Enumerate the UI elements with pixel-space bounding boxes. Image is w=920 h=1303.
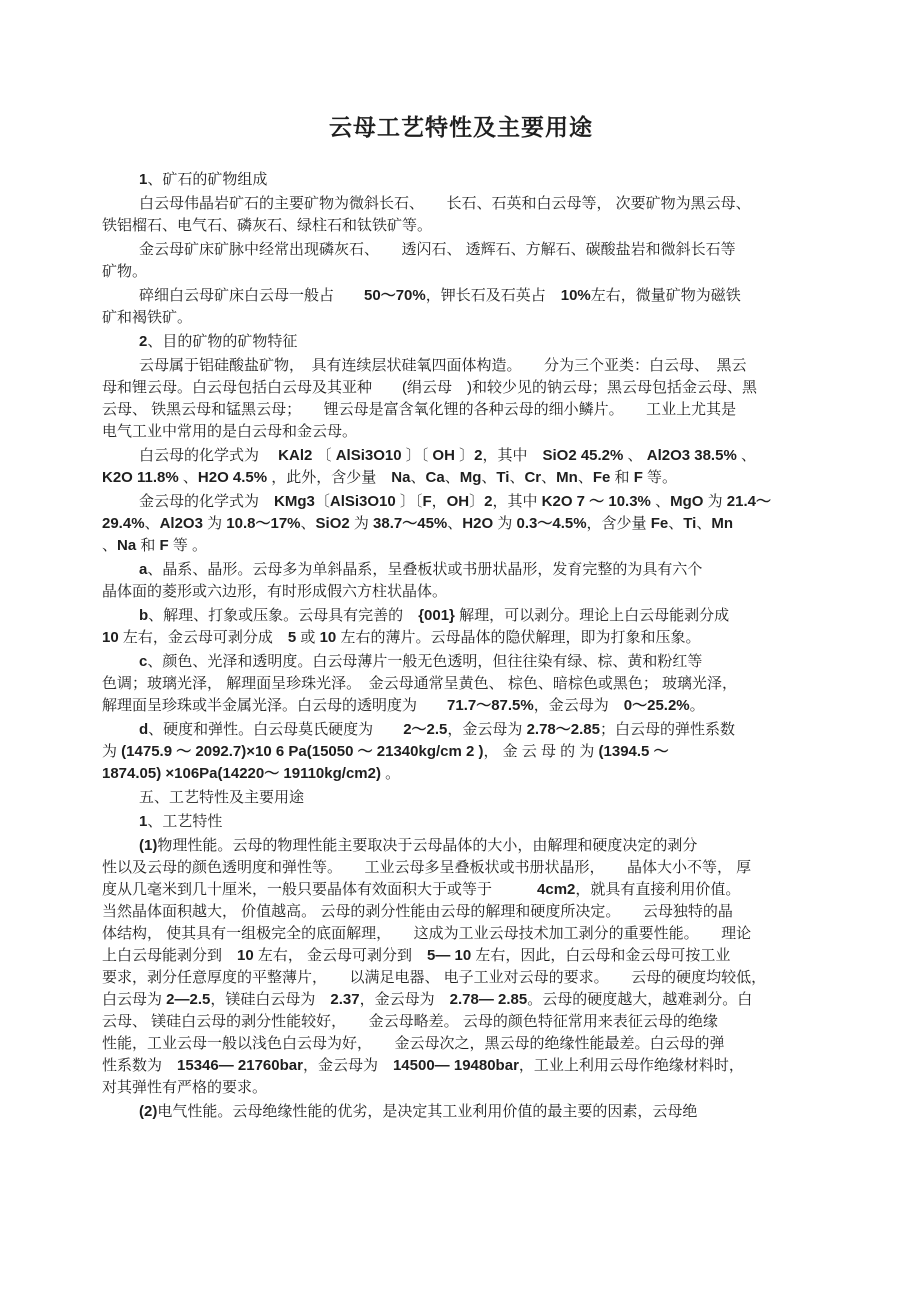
paragraph: (1)物理性能。云母的物理性能主要取决于云母晶体的大小，由解理和硬度决定的剥分 … — [102, 835, 820, 1099]
paragraph: 1、工艺特性 — [102, 811, 820, 833]
paragraph: 云母属于铝硅酸盐矿物， 具有连续层状硅氧四面体构造。 分为三个亚类：白云母、 黑… — [102, 355, 820, 443]
paragraph: 金云母的化学式为 KMg3〔AlSi3O10 〕〔F，OH〕2，其中 K2O 7… — [102, 491, 820, 557]
paragraph: 白云母伟晶岩矿石的主要矿物为微斜长石、 长石、石英和白云母等， 次要矿物为黑云母… — [102, 193, 820, 237]
paragraph: 五、工艺特性及主要用途 — [102, 787, 820, 809]
paragraph: 白云母的化学式为 KAl2 〔 AlSi3O10 〕〔 OH 〕2，其中 SiO… — [102, 445, 820, 489]
paragraph: d、硬度和弹性。白云母莫氏硬度为 2～2.5，金云母为 2.78～2.85；白云… — [102, 719, 820, 785]
paragraph: c、颜色、光泽和透明度。白云母薄片一般无色透明，但往往染有绿、棕、黄和粉红等 色… — [102, 651, 820, 717]
paragraph: a、晶系、晶形。云母多为单斜晶系，呈叠板状或书册状晶形，发育完整的为具有六个 晶… — [102, 559, 820, 603]
paragraph: 碎细白云母矿床白云母一般占 50～70%，钾长石及石英占 10%左右，微量矿物为… — [102, 285, 820, 329]
paragraph: 1、矿石的矿物组成 — [102, 169, 820, 191]
paragraph: 2、目的矿物的矿物特征 — [102, 331, 820, 353]
document-body: 1、矿石的矿物组成 白云母伟晶岩矿石的主要矿物为微斜长石、 长石、石英和白云母等… — [102, 169, 820, 1123]
paragraph: 金云母矿床矿脉中经常出现磷灰石、 透闪石、 透辉石、方解石、碳酸盐岩和微斜长石等… — [102, 239, 820, 283]
paragraph: (2)电气性能。云母绝缘性能的优劣，是决定其工业利用价值的最主要的因素，云母绝 — [102, 1101, 820, 1123]
document-page: 云母工艺特性及主要用途 1、矿石的矿物组成 白云母伟晶岩矿石的主要矿物为微斜长石… — [0, 0, 920, 1303]
paragraph: b、解理、打象或压象。云母具有完善的 {001} 解理，可以剥分。理论上白云母能… — [102, 605, 820, 649]
document-title: 云母工艺特性及主要用途 — [102, 111, 820, 143]
